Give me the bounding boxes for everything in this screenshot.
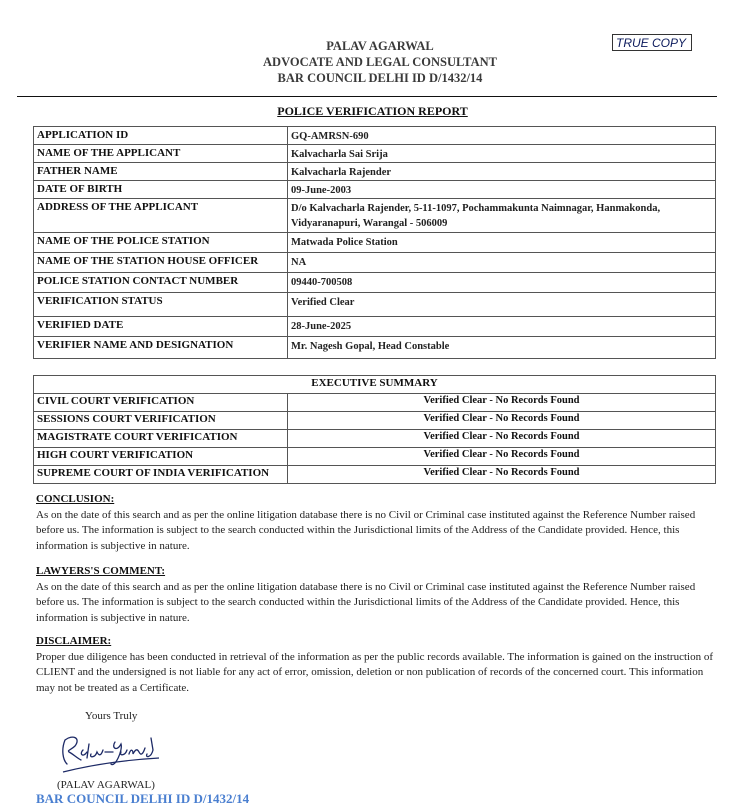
info-label: FATHER NAME: [34, 163, 288, 181]
disclaimer-heading: DISCLAIMER:: [36, 634, 716, 650]
info-row: VERIFIER NAME AND DESIGNATIONMr. Nagesh …: [34, 337, 716, 359]
info-row: NAME OF THE APPLICANTKalvacharla Sai Sri…: [34, 145, 716, 163]
summary-label: SUPREME COURT OF INDIA VERIFICATION: [34, 466, 288, 484]
bar-council-id: BAR COUNCIL DELHI ID D/1432/14: [0, 70, 745, 86]
disclaimer-text: Proper due diligence has been conducted …: [36, 650, 716, 697]
info-value: 09-June-2003: [288, 181, 716, 199]
lawyers-comment-section: LAWYERS'S COMMENT: As on the date of thi…: [36, 564, 716, 626]
applicant-info-table: APPLICATION IDGQ-AMRSN-690NAME OF THE AP…: [33, 126, 716, 359]
info-label: NAME OF THE STATION HOUSE OFFICER: [34, 253, 288, 273]
true-copy-stamp: TRUE COPY: [612, 34, 692, 51]
info-label: NAME OF THE POLICE STATION: [34, 233, 288, 253]
lawyers-comment-heading: LAWYERS'S COMMENT:: [36, 564, 716, 580]
info-label: VERIFICATION STATUS: [34, 293, 288, 317]
executive-summary-table: EXECUTIVE SUMMARY CIVIL COURT VERIFICATI…: [33, 375, 716, 484]
info-label: APPLICATION ID: [34, 127, 288, 145]
summary-label: SESSIONS COURT VERIFICATION: [34, 412, 288, 430]
summary-row: HIGH COURT VERIFICATIONVerified Clear - …: [34, 448, 716, 466]
info-label: NAME OF THE APPLICANT: [34, 145, 288, 163]
summary-label: MAGISTRATE COURT VERIFICATION: [34, 430, 288, 448]
info-row: FATHER NAMEKalvacharla Rajender: [34, 163, 716, 181]
info-value: Kalvacharla Rajender: [288, 163, 716, 181]
info-value: 09440-700508: [288, 273, 716, 293]
summary-row: CIVIL COURT VERIFICATIONVerified Clear -…: [34, 394, 716, 412]
summary-heading: EXECUTIVE SUMMARY: [34, 376, 716, 394]
summary-label: HIGH COURT VERIFICATION: [34, 448, 288, 466]
info-value: Matwada Police Station: [288, 233, 716, 253]
summary-value: Verified Clear - No Records Found: [288, 430, 716, 448]
summary-row: SUPREME COURT OF INDIA VERIFICATIONVerif…: [34, 466, 716, 484]
summary-label: CIVIL COURT VERIFICATION: [34, 394, 288, 412]
info-row: NAME OF THE POLICE STATIONMatwada Police…: [34, 233, 716, 253]
info-row: POLICE STATION CONTACT NUMBER09440-70050…: [34, 273, 716, 293]
info-value: Mr. Nagesh Gopal, Head Constable: [288, 337, 716, 359]
info-row: NAME OF THE STATION HOUSE OFFICERNA: [34, 253, 716, 273]
info-value: D/o Kalvacharla Rajender, 5-11-1097, Poc…: [288, 199, 716, 233]
info-label: VERIFIED DATE: [34, 317, 288, 337]
info-row: VERIFICATION STATUSVerified Clear: [34, 293, 716, 317]
conclusion-text: As on the date of this search and as per…: [36, 508, 716, 555]
info-value: Verified Clear: [288, 293, 716, 317]
info-label: ADDRESS OF THE APPLICANT: [34, 199, 288, 233]
summary-value: Verified Clear - No Records Found: [288, 412, 716, 430]
advocate-title: ADVOCATE AND LEGAL CONSULTANT: [0, 54, 745, 70]
signatory-bar-id: BAR COUNCIL DELHI ID D/1432/14: [36, 791, 249, 807]
conclusion-section: CONCLUSION: As on the date of this searc…: [36, 492, 716, 554]
summary-row: MAGISTRATE COURT VERIFICATIONVerified Cl…: [34, 430, 716, 448]
summary-value: Verified Clear - No Records Found: [288, 394, 716, 412]
info-label: DATE OF BIRTH: [34, 181, 288, 199]
closing-salutation: Yours Truly: [85, 710, 137, 722]
signatory-name: (PALAV AGARWAL): [57, 779, 155, 791]
lawyers-comment-text: As on the date of this search and as per…: [36, 580, 716, 627]
info-row: VERIFIED DATE28-June-2025: [34, 317, 716, 337]
summary-value: Verified Clear - No Records Found: [288, 448, 716, 466]
info-row: ADDRESS OF THE APPLICANTD/o Kalvacharla …: [34, 199, 716, 233]
conclusion-heading: CONCLUSION:: [36, 492, 716, 508]
header-divider: [17, 96, 717, 97]
info-row: APPLICATION IDGQ-AMRSN-690: [34, 127, 716, 145]
info-value: GQ-AMRSN-690: [288, 127, 716, 145]
report-title: POLICE VERIFICATION REPORT: [0, 104, 745, 119]
info-value: 28-June-2025: [288, 317, 716, 337]
summary-value: Verified Clear - No Records Found: [288, 466, 716, 484]
disclaimer-section: DISCLAIMER: Proper due diligence has bee…: [36, 634, 716, 696]
info-row: DATE OF BIRTH09-June-2003: [34, 181, 716, 199]
info-value: NA: [288, 253, 716, 273]
signature-image: [55, 728, 165, 778]
summary-heading-row: EXECUTIVE SUMMARY: [34, 376, 716, 394]
info-label: VERIFIER NAME AND DESIGNATION: [34, 337, 288, 359]
summary-row: SESSIONS COURT VERIFICATIONVerified Clea…: [34, 412, 716, 430]
info-label: POLICE STATION CONTACT NUMBER: [34, 273, 288, 293]
info-value: Kalvacharla Sai Srija: [288, 145, 716, 163]
